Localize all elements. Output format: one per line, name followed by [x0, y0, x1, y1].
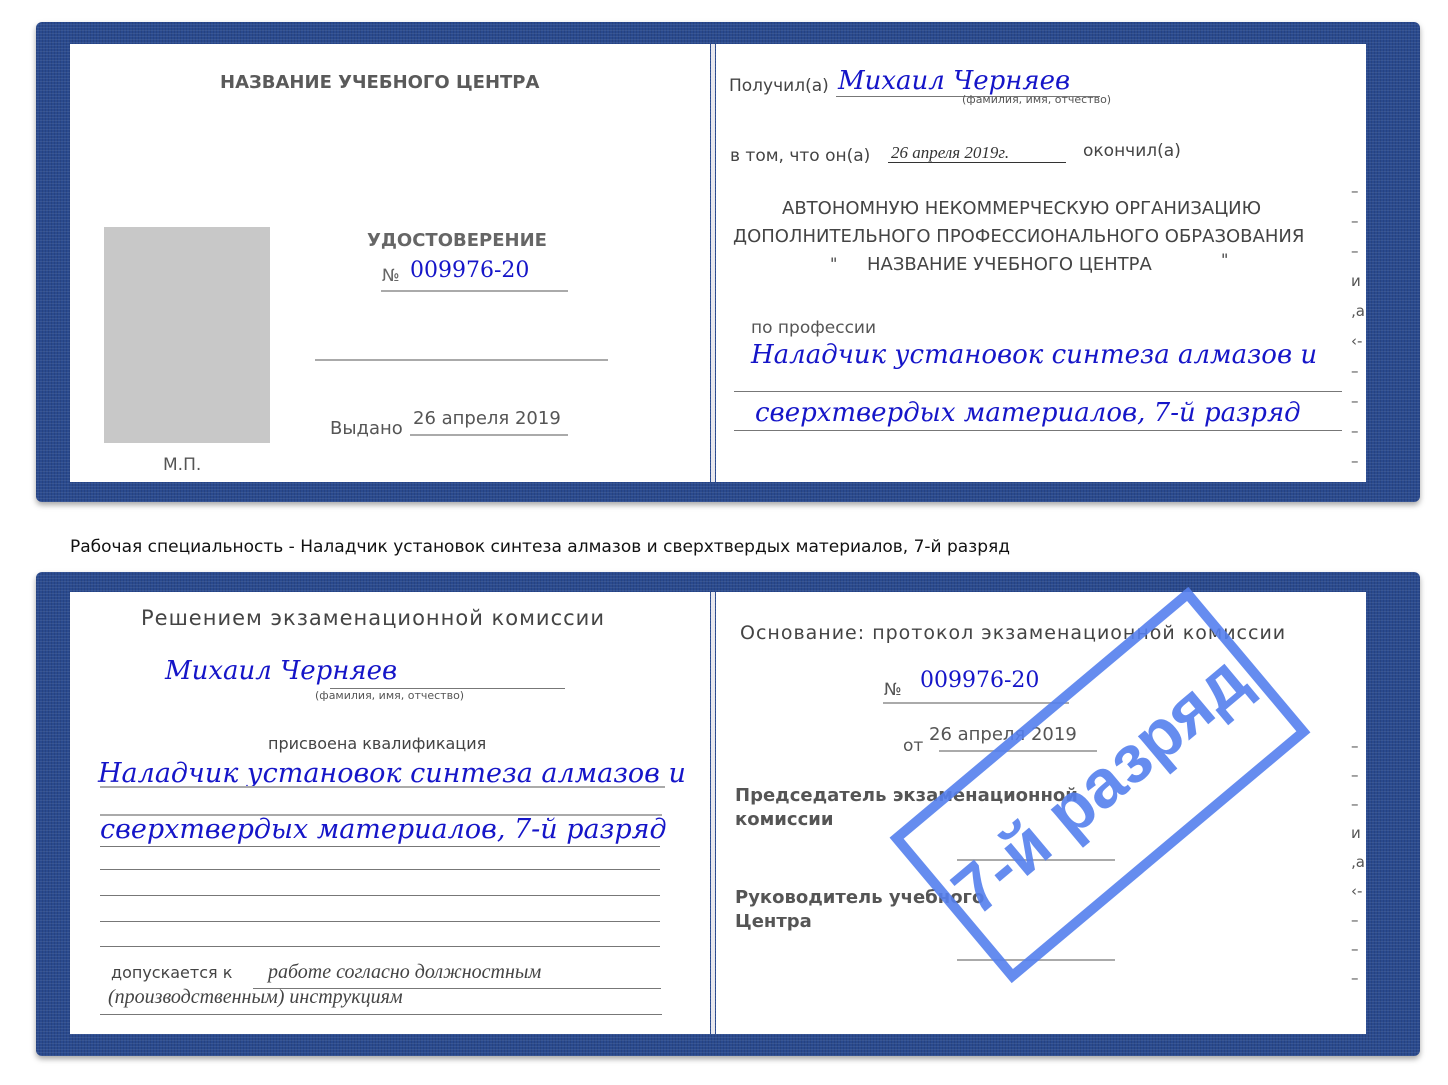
side-mark: ‚а [1351, 848, 1365, 877]
admitted-label: допускается к [111, 963, 232, 982]
completed-label: окончил(а) [1083, 141, 1181, 161]
admitted-underline-2 [100, 1014, 662, 1015]
side-mark: и [1351, 819, 1365, 848]
admitted-line-1: работе согласно должностным [268, 961, 541, 984]
side-marks-top: – – – и ‚а ‹- – – – – [1351, 176, 1365, 476]
side-mark: ‹- [1351, 326, 1365, 356]
number-underline [381, 290, 568, 292]
side-mark: – [1351, 906, 1365, 935]
specialty-caption: Рабочая специальность - Наладчик установ… [70, 533, 1070, 561]
side-mark: – [1351, 761, 1365, 790]
profession-line-1: Наладчик установок синтеза алмазов и [751, 340, 1317, 370]
in-that-label: в том, что он(а) [730, 146, 870, 166]
profession-label: по профессии [751, 318, 876, 338]
blank-line-1 [100, 869, 660, 870]
side-mark: – [1351, 416, 1365, 446]
stamp-place-label: М.П. [163, 455, 201, 475]
org-line-2: ДОПОЛНИТЕЛЬНОГО ПРОФЕССИОНАЛЬНОГО ОБРАЗО… [733, 226, 1304, 247]
name-hint: (фамилия, имя, отчество) [962, 93, 1111, 106]
holder-name: Михаил Черняев [838, 66, 1070, 96]
name-hint-bottom: (фамилия, имя, отчество) [315, 689, 464, 702]
qualification-underline-1 [100, 786, 665, 788]
side-mark: – [1351, 386, 1365, 416]
blank-line-3 [100, 921, 660, 922]
profession-line-2: сверхтвердых материалов, 7-й разряд [755, 398, 1301, 428]
received-label: Получил(а) [729, 76, 829, 96]
admitted-line-2: (производственным) инструкциям [108, 986, 403, 1009]
head-label-line-2: Центра [735, 911, 812, 932]
completion-date-underline [888, 162, 1066, 163]
qualification-label: присвоена квалификация [268, 734, 486, 753]
protocol-number-underline [883, 702, 1069, 704]
decision-title: Решением экзаменационной комиссии [141, 606, 605, 630]
protocol-number-prefix: № [884, 680, 902, 700]
side-mark: ‚а [1351, 296, 1365, 326]
completion-date: 26 апреля 2019г. [891, 143, 1009, 163]
side-mark: – [1351, 446, 1365, 476]
protocol-number: 009976-20 [920, 668, 1039, 693]
doc-title: УДОСТОВЕРЕНИЕ [367, 230, 547, 251]
side-mark: – [1351, 935, 1365, 964]
side-mark: ‹- [1351, 877, 1365, 906]
side-mark: и [1351, 266, 1365, 296]
issued-date: 26 апреля 2019 [413, 408, 561, 429]
qualification-underline-3 [100, 846, 660, 847]
org-name-heading: НАЗВАНИЕ УЧЕБНОГО ЦЕНТРА [220, 72, 539, 93]
profession-underline-1 [734, 391, 1342, 392]
side-mark: – [1351, 732, 1365, 761]
issued-date-underline [410, 434, 568, 436]
blank-line-2 [100, 895, 660, 896]
photo-placeholder [104, 227, 270, 443]
issued-label: Выдано [330, 418, 403, 439]
side-mark: – [1351, 790, 1365, 819]
signature-line [315, 359, 608, 361]
holder-name-bottom: Михаил Черняев [165, 656, 397, 686]
qualification-line-1: Наладчик установок синтеза алмазов и [98, 758, 686, 789]
org-quote-open: " [830, 254, 837, 273]
profession-underline-2 [734, 430, 1342, 431]
chairman-label-line-2: комиссии [735, 809, 833, 830]
org-quote-close: " [1221, 250, 1228, 269]
side-mark: – [1351, 176, 1365, 206]
side-mark: – [1351, 964, 1365, 993]
org-line-3: НАЗВАНИЕ УЧЕБНОГО ЦЕНТРА [867, 254, 1152, 275]
side-mark: – [1351, 206, 1365, 236]
side-mark: – [1351, 356, 1365, 386]
side-marks-bottom: – – – и ‚а ‹- – – – [1351, 732, 1365, 993]
spine-bottom [711, 592, 715, 1034]
qualification-line-2: сверхтвердых материалов, 7-й разряд [100, 814, 667, 845]
org-line-1: АВТОНОМНУЮ НЕКОММЕРЧЕСКУЮ ОРГАНИЗАЦИЮ [782, 198, 1261, 219]
side-mark: – [1351, 236, 1365, 266]
spine-top [711, 44, 715, 482]
blank-line-4 [100, 946, 660, 947]
protocol-date-label: от [903, 736, 923, 756]
certificate-number: 009976-20 [410, 258, 529, 283]
number-prefix: № [382, 266, 400, 286]
